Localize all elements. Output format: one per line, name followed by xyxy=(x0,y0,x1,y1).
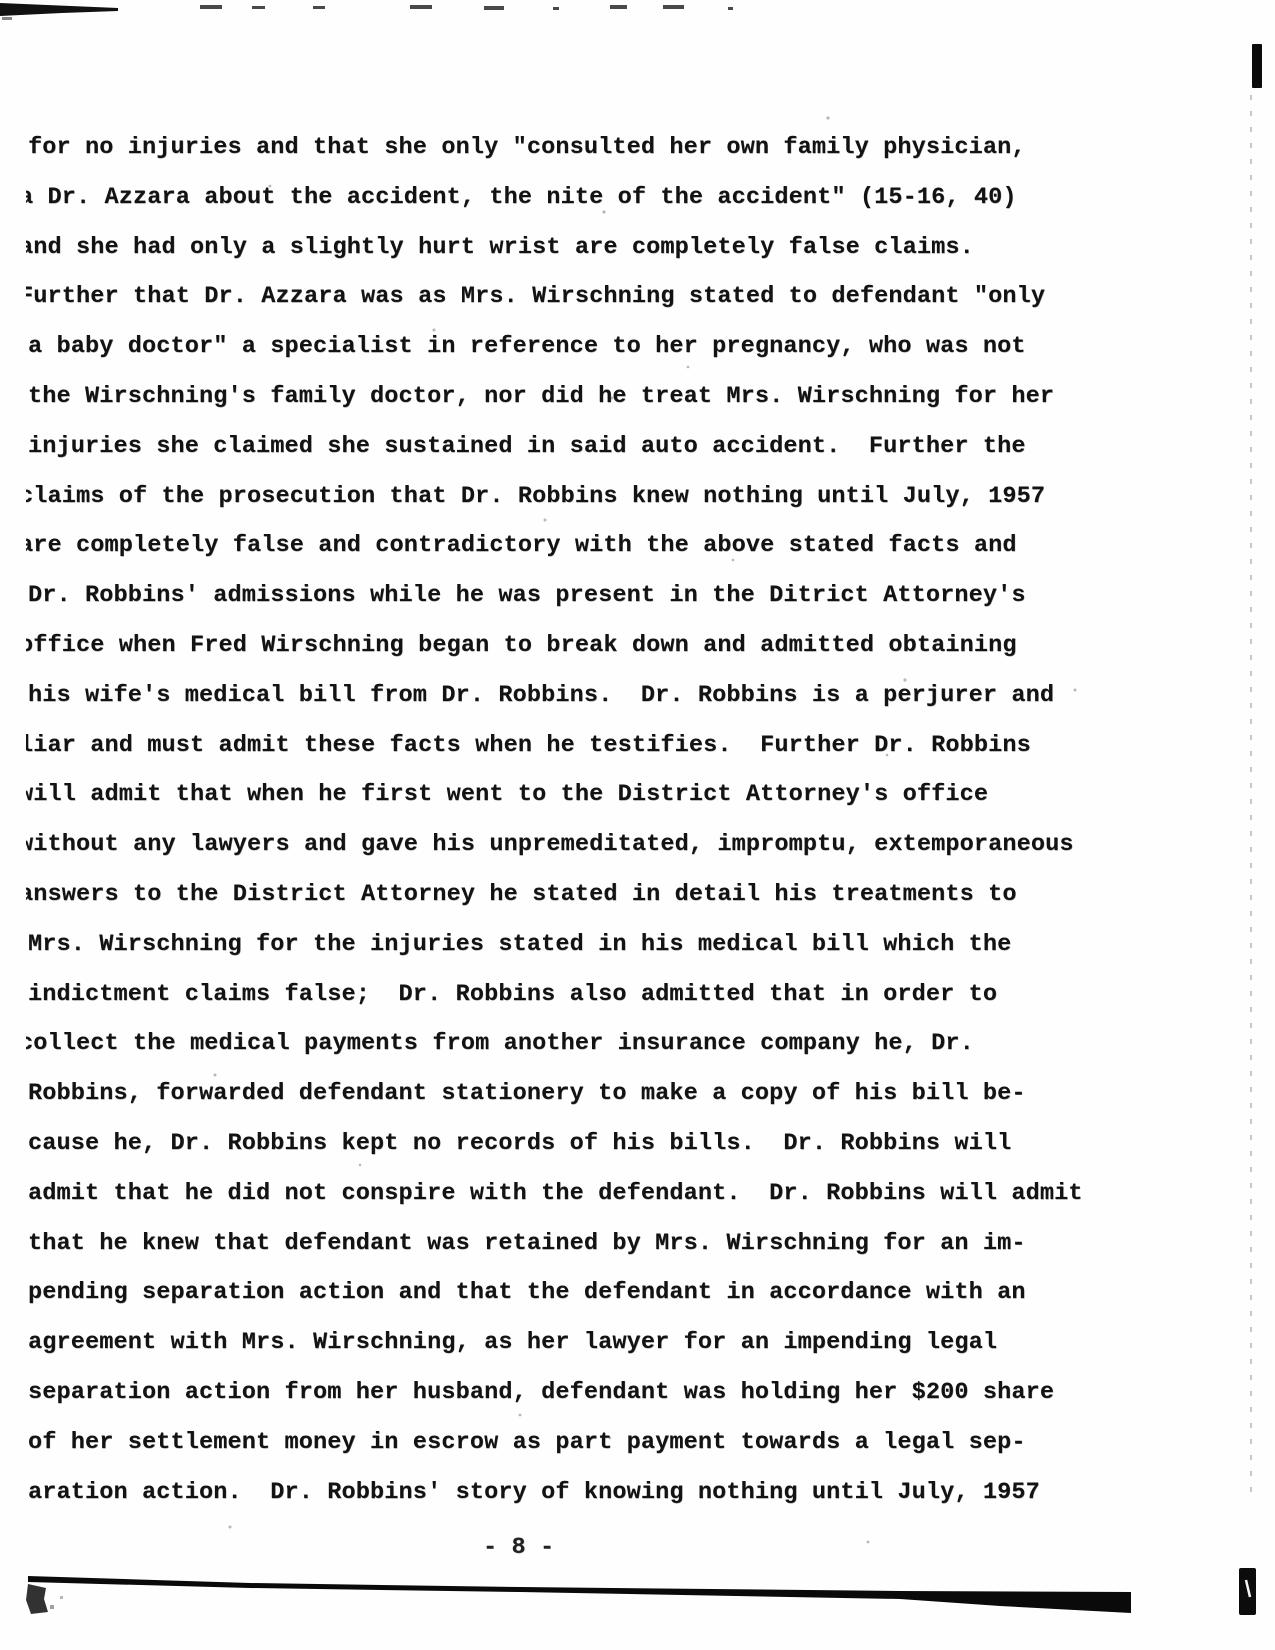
text-line: that he knew that defendant was retained… xyxy=(28,1219,1083,1269)
text-line: office when Fred Wirschning began to bre… xyxy=(19,621,1083,671)
page-edge-mask xyxy=(0,100,26,1510)
text-line: for no injuries and that she only "consu… xyxy=(28,123,1083,173)
text-line: separation action from her husband, defe… xyxy=(28,1368,1083,1418)
text-line: Further that Dr. Azzara was as Mrs. Wirs… xyxy=(19,272,1083,322)
bottom-left-smudge-artifact xyxy=(26,1584,48,1614)
top-right-bar-artifact xyxy=(1252,44,1262,88)
document-body: for no injuries and that she only "consu… xyxy=(28,123,1083,1517)
text-line: and she had only a slightly hurt wrist a… xyxy=(19,223,1083,273)
top-edge-dashes-artifact xyxy=(200,5,733,10)
text-line: a Dr. Azzara about the accident, the nit… xyxy=(19,173,1083,223)
page-number: - 8 - xyxy=(483,1523,554,1573)
text-line: his wife's medical bill from Dr. Robbins… xyxy=(28,671,1083,721)
text-line: indictment claims false; Dr. Robbins als… xyxy=(28,970,1083,1020)
text-line: Robbins, forwarded defendant stationery … xyxy=(28,1069,1083,1119)
text-line: liar and must admit these facts when he … xyxy=(19,721,1083,771)
text-line: pending separation action and that the d… xyxy=(28,1268,1083,1318)
text-line: Dr. Robbins' admissions while he was pre… xyxy=(28,571,1083,621)
text-line: admit that he did not conspire with the … xyxy=(28,1169,1083,1219)
text-line: the Wirschning's family doctor, nor did … xyxy=(28,372,1083,422)
text-line: collect the medical payments from anothe… xyxy=(19,1019,1083,1069)
text-line: agreement with Mrs. Wirschning, as her l… xyxy=(28,1318,1083,1368)
text-line: cause he, Dr. Robbins kept no records of… xyxy=(28,1119,1083,1169)
text-line: of her settlement money in escrow as par… xyxy=(28,1418,1083,1468)
document-page: for no injuries and that she only "consu… xyxy=(0,0,1275,1650)
text-line: aration action. Dr. Robbins' story of kn… xyxy=(28,1468,1083,1518)
text-line: injuries she claimed she sustained in sa… xyxy=(28,422,1083,472)
top-left-streak-artifact xyxy=(0,3,118,16)
text-line: answers to the District Attorney he stat… xyxy=(19,870,1083,920)
text-line: a baby doctor" a specialist in reference… xyxy=(28,322,1083,372)
text-line: claims of the prosecution that Dr. Robbi… xyxy=(19,472,1083,522)
text-line: without any lawyers and gave his unpreme… xyxy=(19,820,1083,870)
text-line: will admit that when he first went to th… xyxy=(19,770,1083,820)
text-line: are completely false and contradictory w… xyxy=(19,521,1083,571)
bottom-right-mark-artifact xyxy=(1239,1568,1256,1615)
bottom-scan-line-artifact xyxy=(28,1576,1131,1613)
text-line: Mrs. Wirschning for the injuries stated … xyxy=(28,920,1083,970)
